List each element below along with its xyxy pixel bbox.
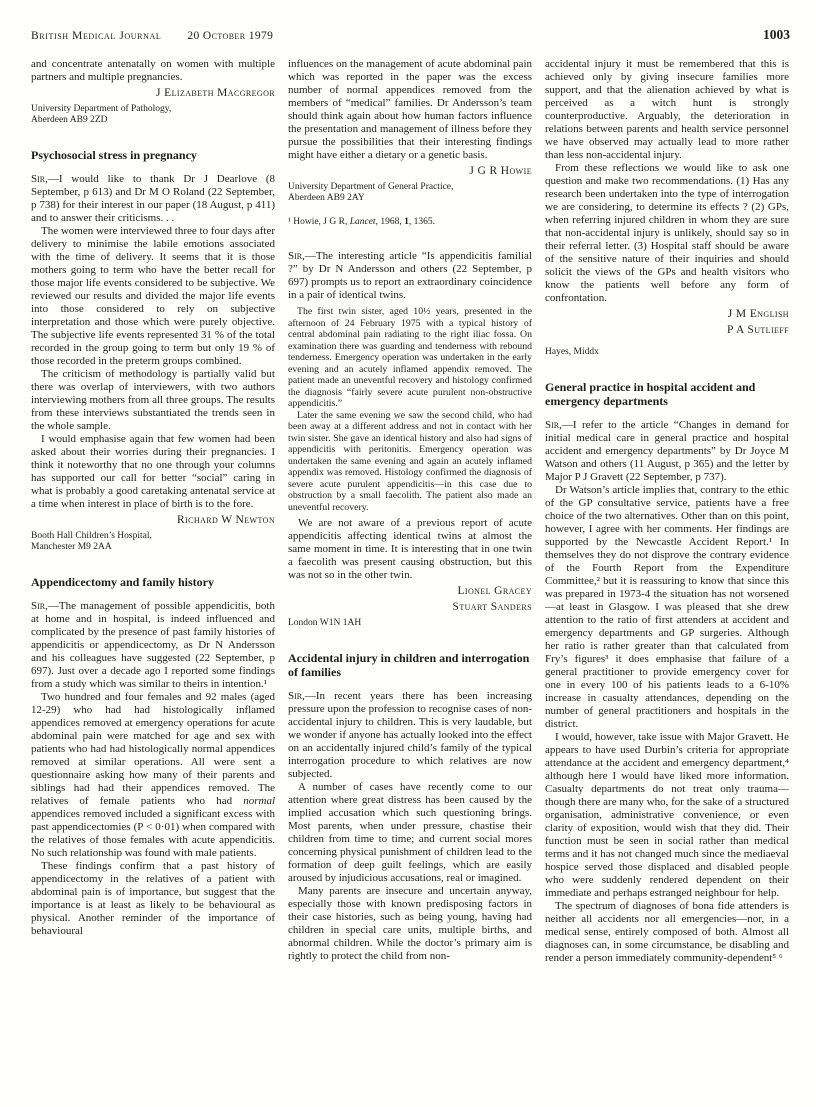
- affiliation-line: Manchester M9 2AA: [31, 542, 275, 553]
- journal-name: Lancet: [350, 217, 376, 227]
- salutation: Sir: [31, 173, 45, 185]
- signature-english: J M English: [545, 307, 789, 321]
- issue-date: 20 October 1979: [187, 30, 273, 42]
- affiliation-macgregor: University Department of Pathology, Aber…: [31, 104, 275, 126]
- signature-sutlieff: P A Sutlieff: [545, 323, 789, 337]
- column-2: influences on the management of acute ab…: [288, 58, 532, 965]
- letter-paragraph: The women were interviewed three to four…: [31, 225, 275, 368]
- letter-paragraph: I would emphasise again that few women h…: [31, 433, 275, 511]
- page-number: 1003: [763, 27, 790, 43]
- column-1: and concentrate antenatally on women wit…: [31, 58, 275, 965]
- signature-macgregor: J Elizabeth Macgregor: [31, 86, 275, 100]
- affiliation-newton: Booth Hall Children’s Hospital, Manchest…: [31, 531, 275, 553]
- letter-paragraph: We are not aware of a previous report of…: [288, 517, 532, 582]
- affiliation-line: University Department of Pathology,: [31, 104, 275, 115]
- affiliation-howie: University Department of General Practic…: [288, 182, 532, 204]
- letter-title-appendicectomy: Appendicectomy and family history: [31, 575, 275, 589]
- column-3: accidental injury it must be remembered …: [545, 58, 789, 965]
- salutation: Sir: [31, 600, 45, 612]
- reference-text: , 1365.: [409, 217, 435, 227]
- letter-paragraph: Sir,—I refer to the article “Changes in …: [545, 419, 789, 484]
- content-columns: and concentrate antenatally on women wit…: [31, 58, 790, 965]
- paragraph-text: ,—I would like to thank Dr J Dearlove (8…: [31, 173, 275, 224]
- letter-title-accidental-injury: Accidental injury in children and interr…: [288, 651, 532, 679]
- case-report: The first twin sister, aged 10½ years, p…: [288, 306, 532, 513]
- letter-paragraph: Dr Watson’s article implies that, contra…: [545, 484, 789, 731]
- affiliation-line: Booth Hall Children’s Hospital,: [31, 531, 275, 542]
- paragraph-text: ,—In recent years there has been increas…: [288, 690, 532, 780]
- continuation-paragraph: accidental injury it must be remembered …: [545, 58, 789, 162]
- case-paragraph: The first twin sister, aged 10½ years, p…: [288, 306, 532, 410]
- case-paragraph: Later the same evening we saw the second…: [288, 410, 532, 514]
- salutation: Sir: [545, 419, 559, 431]
- reference-howie-lancet: ¹ Howie, J G R, Lancet, 1968, 1, 1365.: [288, 217, 532, 228]
- letter-paragraph: Sir,—I would like to thank Dr J Dearlove…: [31, 173, 275, 225]
- signature-howie: J G R Howie: [288, 164, 532, 178]
- letter-paragraph: Many parents are insecure and uncertain …: [288, 885, 532, 963]
- reference-text: ¹ Howie, J G R,: [288, 217, 350, 227]
- paragraph-text: ,—The management of possible appendiciti…: [31, 600, 275, 690]
- letter-paragraph: Sir,—The interesting article “Is appendi…: [288, 250, 532, 302]
- paragraph-text: Two hundred and four females and 92 male…: [31, 691, 275, 807]
- letter-title-psychosocial-stress: Psychosocial stress in pregnancy: [31, 148, 275, 162]
- signature-newton: Richard W Newton: [31, 513, 275, 527]
- italic-word: normal: [243, 795, 275, 807]
- reference-text: , 1968,: [376, 217, 405, 227]
- letter-paragraph: Sir,—In recent years there has been incr…: [288, 690, 532, 781]
- affiliation-line: Aberdeen AB9 2ZD: [31, 115, 275, 126]
- paragraph-text: appendices removed included a significan…: [31, 808, 275, 859]
- affiliation-hayes: Hayes, Middx: [545, 347, 789, 358]
- letter-paragraph: Two hundred and four females and 92 male…: [31, 691, 275, 860]
- letter-twins: Sir,—The interesting article “Is appendi…: [288, 250, 532, 629]
- letter-title-general-practice: General practice in hospital accident an…: [545, 380, 789, 408]
- letter-paragraph: Sir,—The management of possible appendic…: [31, 600, 275, 691]
- letter-paragraph: I would, however, take issue with Major …: [545, 731, 789, 900]
- affiliation-london: London W1N 1AH: [288, 618, 532, 629]
- paragraph-text: ,—The interesting article “Is appendicit…: [288, 250, 532, 301]
- paragraph-text: ,—I refer to the article “Changes in dem…: [545, 419, 789, 483]
- affiliation-line: London W1N 1AH: [288, 618, 532, 629]
- salutation: Sir: [288, 690, 302, 702]
- journal-title: British Medical Journal: [31, 30, 161, 42]
- salutation: Sir: [288, 250, 302, 262]
- letter-paragraph: The spectrum of diagnoses of bona fide a…: [545, 900, 789, 965]
- continuation-paragraph: influences on the management of acute ab…: [288, 58, 532, 162]
- signature-gracey: Lionel Gracey: [288, 584, 532, 598]
- continuation-paragraph: and concentrate antenatally on women wit…: [31, 58, 275, 84]
- affiliation-line: Hayes, Middx: [545, 347, 789, 358]
- affiliation-line: University Department of General Practic…: [288, 182, 532, 193]
- letter-paragraph: The criticism of methodology is partiall…: [31, 368, 275, 433]
- letter-paragraph: From these reflections we would like to …: [545, 162, 789, 305]
- signature-sanders: Stuart Sanders: [288, 600, 532, 614]
- letter-paragraph: These findings confirm that a past histo…: [31, 860, 275, 938]
- journal-page: British Medical Journal 20 October 1979 …: [0, 0, 816, 1107]
- letter-paragraph: A number of cases have recently come to …: [288, 781, 532, 885]
- affiliation-line: Aberdeen AB9 2AY: [288, 193, 532, 204]
- page-header: British Medical Journal 20 October 1979 …: [31, 27, 790, 43]
